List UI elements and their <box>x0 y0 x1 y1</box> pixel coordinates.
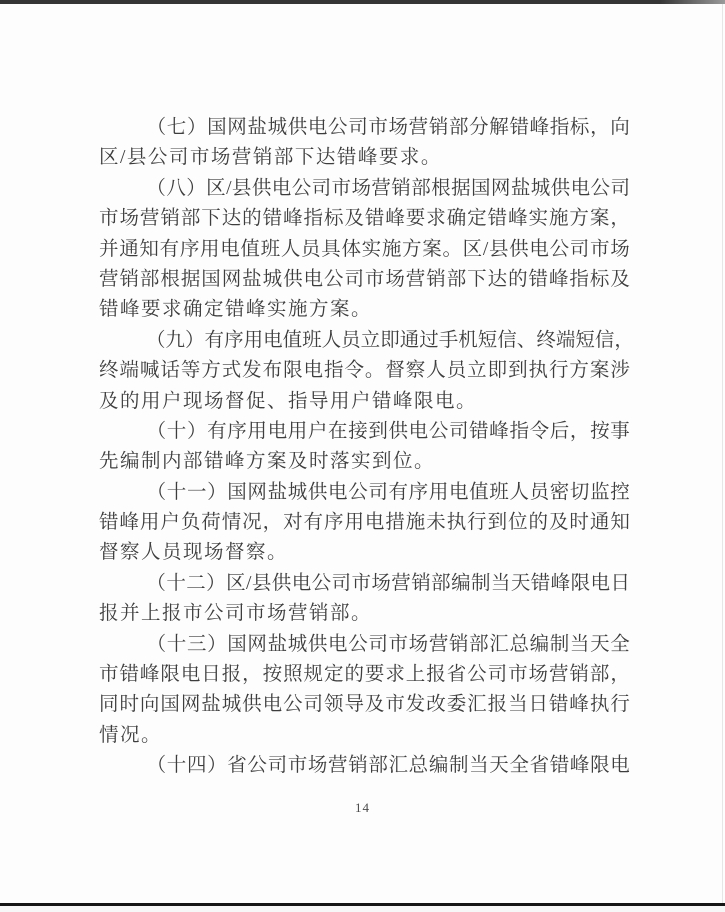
text-line: 市错峰限电日报，按照规定的要求上报省公司市场营销部， <box>99 660 630 690</box>
text-line: 报并上报市公司市场营销部。 <box>99 599 630 629</box>
text-line: （八）区/县供电公司市场营销部根据国网盐城供电公司 <box>99 174 630 204</box>
text-line: 区/县公司市场营销部下达错峰要求。 <box>99 143 630 173</box>
text-line: 情况。 <box>99 721 630 751</box>
text-line: （十二）区/县供电公司市场营销部编制当天错峰限电日 <box>99 569 630 599</box>
document-body: （七）国网盐城供电公司市场营销部分解错峰指标，向 区/县公司市场营销部下达错峰要… <box>99 113 630 782</box>
text-line: 督察人员现场督察。 <box>99 538 630 568</box>
text-line: （十一）国网盐城供电公司有序用电值班人员密切监控 <box>99 478 630 508</box>
text-line: （九）有序用电值班人员立即通过手机短信、终端短信， <box>99 326 630 356</box>
text-line: 错峰用户负荷情况，对有序用电措施未执行到位的及时通知 <box>99 508 630 538</box>
text-line: 先编制内部错峰方案及时落实到位。 <box>99 447 630 477</box>
text-line: 同时向国网盐城供电公司领导及市发改委汇报当日错峰执行 <box>99 690 630 720</box>
text-line: （七）国网盐城供电公司市场营销部分解错峰指标，向 <box>99 113 630 143</box>
page-number: 14 <box>0 800 725 816</box>
text-line: 错峰要求确定错峰实施方案。 <box>99 295 630 325</box>
text-line: 营销部根据国网盐城供电公司市场营销部下达的错峰指标及 <box>99 265 630 295</box>
scan-edge-right <box>722 4 723 903</box>
text-line: 及的用户现场督促、指导用户错峰限电。 <box>99 387 630 417</box>
scan-edge-top <box>0 0 725 4</box>
text-line: （十三）国网盐城供电公司市场营销部汇总编制当天全 <box>99 630 630 660</box>
scan-margin-bottom <box>0 906 725 912</box>
text-line: 市场营销部下达的错峰指标及错峰要求确定错峰实施方案， <box>99 204 630 234</box>
text-line: 并通知有序用电值班人员具体实施方案。区/县供电公司市场 <box>99 235 630 265</box>
text-line: （十）有序用电用户在接到供电公司错峰指令后，按事 <box>99 417 630 447</box>
scanned-document-page: （七）国网盐城供电公司市场营销部分解错峰指标，向 区/县公司市场营销部下达错峰要… <box>0 0 725 912</box>
text-line: （十四）省公司市场营销部汇总编制当天全省错峰限电 <box>99 751 630 781</box>
text-line: 终端喊话等方式发布限电指令。督察人员立即到执行方案涉 <box>99 356 630 386</box>
